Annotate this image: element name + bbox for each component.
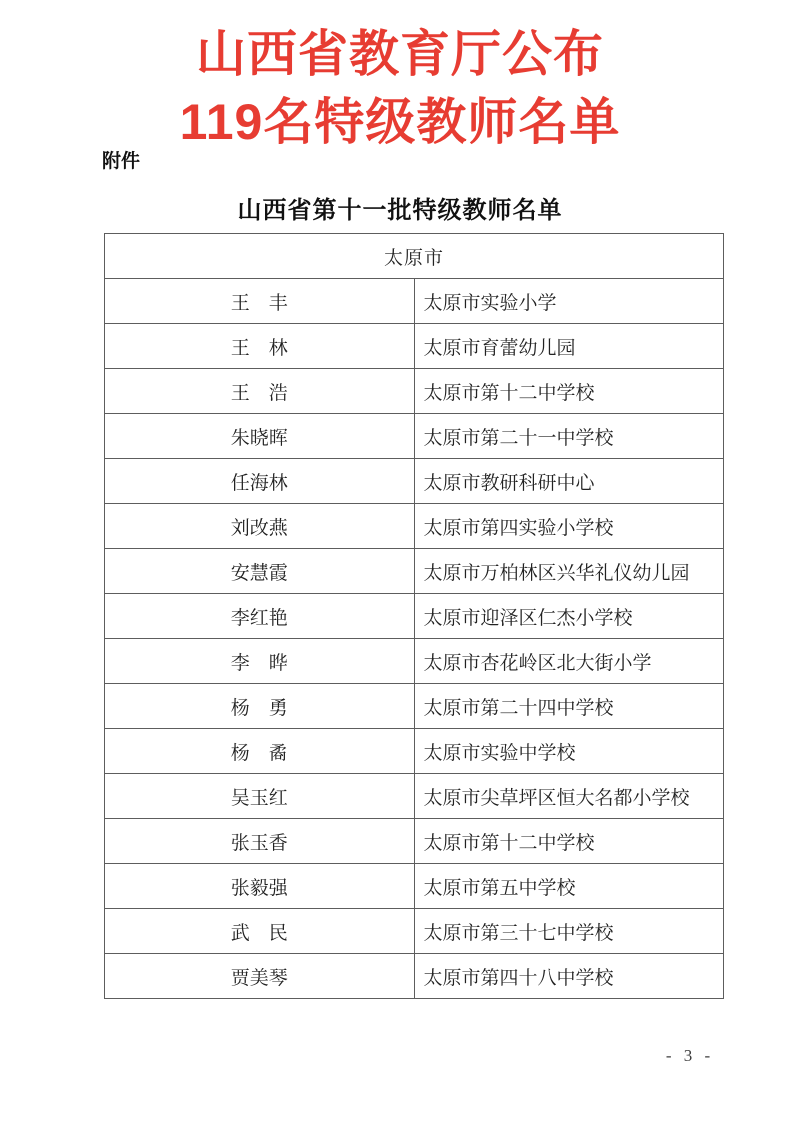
school-name: 太原市第四十八中学校 <box>414 954 724 999</box>
table-row: 刘改燕 太原市第四实验小学校 <box>105 504 724 549</box>
school-name: 太原市第二十四中学校 <box>414 684 724 729</box>
school-name: 太原市杏花岭区北大街小学 <box>414 639 724 684</box>
table-row: 李红艳 太原市迎泽区仁杰小学校 <box>105 594 724 639</box>
teacher-name: 吴玉红 <box>105 774 415 819</box>
document-title: 山西省教育厅公布 119名特级教师名单 <box>0 20 800 156</box>
document-title-line1: 山西省教育厅公布 <box>0 20 800 88</box>
table-row: 朱晓晖 太原市第二十一中学校 <box>105 414 724 459</box>
city-group-header: 太原市 <box>105 234 724 279</box>
school-name: 太原市教研科研中心 <box>414 459 724 504</box>
school-name: 太原市第十二中学校 <box>414 819 724 864</box>
teacher-table-head: 太原市 <box>105 234 724 279</box>
school-name: 太原市育蕾幼儿园 <box>414 324 724 369</box>
table-row: 张玉香 太原市第十二中学校 <box>105 819 724 864</box>
teacher-name: 贾美琴 <box>105 954 415 999</box>
school-name: 太原市第二十一中学校 <box>414 414 724 459</box>
teacher-name: 刘改燕 <box>105 504 415 549</box>
table-row: 吴玉红 太原市尖草坪区恒大名都小学校 <box>105 774 724 819</box>
attachment-label: 附件 <box>102 146 140 173</box>
teacher-name: 张玉香 <box>105 819 415 864</box>
school-name: 太原市迎泽区仁杰小学校 <box>414 594 724 639</box>
school-name: 太原市第三十七中学校 <box>414 909 724 954</box>
table-row: 王 浩 太原市第十二中学校 <box>105 369 724 414</box>
table-row: 张毅强 太原市第五中学校 <box>105 864 724 909</box>
school-name: 太原市尖草坪区恒大名都小学校 <box>414 774 724 819</box>
list-subtitle: 山西省第十一批特级教师名单 <box>0 190 800 225</box>
teacher-name: 王 丰 <box>105 279 415 324</box>
table-row: 杨 勇 太原市第二十四中学校 <box>105 684 724 729</box>
table-row: 杨 矞 太原市实验中学校 <box>105 729 724 774</box>
teacher-name: 安慧霞 <box>105 549 415 594</box>
teacher-name: 武 民 <box>105 909 415 954</box>
teacher-table: 太原市 王 丰 太原市实验小学 王 林 太原市育蕾幼儿园 王 浩 太原市第十二中… <box>104 233 724 999</box>
document-page: { "page": { "title_line1": "山西省教育厅公布", "… <box>0 0 800 1131</box>
teacher-name: 杨 矞 <box>105 729 415 774</box>
teacher-name: 王 浩 <box>105 369 415 414</box>
table-row: 贾美琴 太原市第四十八中学校 <box>105 954 724 999</box>
teacher-table-body: 王 丰 太原市实验小学 王 林 太原市育蕾幼儿园 王 浩 太原市第十二中学校 朱… <box>105 279 724 999</box>
table-row: 安慧霞 太原市万柏林区兴华礼仪幼儿园 <box>105 549 724 594</box>
table-row: 王 林 太原市育蕾幼儿园 <box>105 324 724 369</box>
teacher-name: 李 晔 <box>105 639 415 684</box>
teacher-name: 李红艳 <box>105 594 415 639</box>
group-header-row: 太原市 <box>105 234 724 279</box>
table-row: 李 晔 太原市杏花岭区北大街小学 <box>105 639 724 684</box>
school-name: 太原市第五中学校 <box>414 864 724 909</box>
school-name: 太原市实验中学校 <box>414 729 724 774</box>
table-row: 王 丰 太原市实验小学 <box>105 279 724 324</box>
teacher-name: 朱晓晖 <box>105 414 415 459</box>
page-number: - 3 - <box>645 1046 735 1066</box>
school-name: 太原市万柏林区兴华礼仪幼儿园 <box>414 549 724 594</box>
school-name: 太原市第十二中学校 <box>414 369 724 414</box>
school-name: 太原市实验小学 <box>414 279 724 324</box>
table-row: 武 民 太原市第三十七中学校 <box>105 909 724 954</box>
teacher-name: 王 林 <box>105 324 415 369</box>
school-name: 太原市第四实验小学校 <box>414 504 724 549</box>
teacher-name: 任海林 <box>105 459 415 504</box>
teacher-name: 杨 勇 <box>105 684 415 729</box>
teacher-name: 张毅强 <box>105 864 415 909</box>
table-row: 任海林 太原市教研科研中心 <box>105 459 724 504</box>
